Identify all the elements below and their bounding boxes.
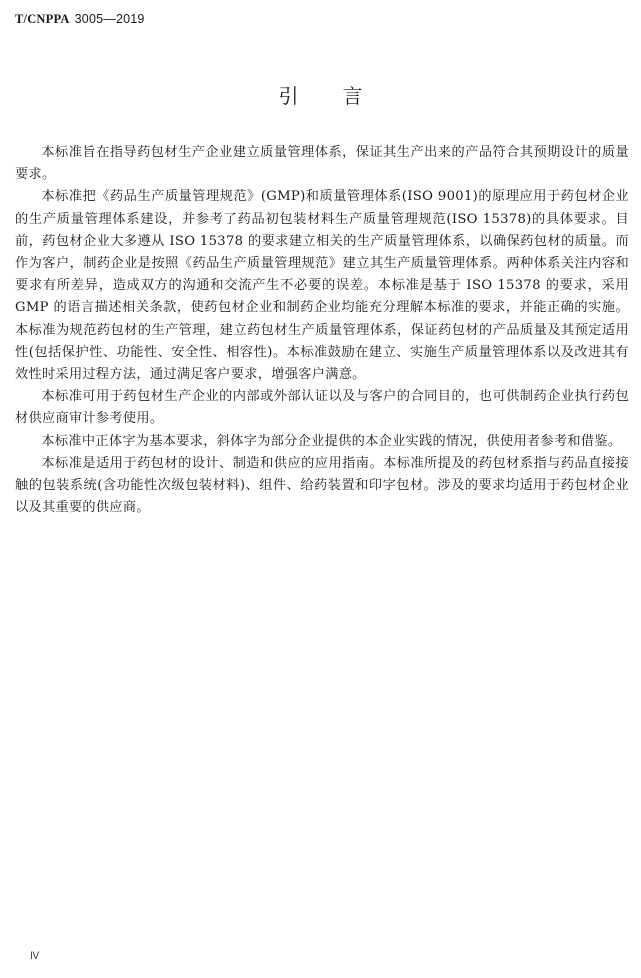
paragraph: 本标准可用于药包材生产企业的内部或外部认证以及与客户的合同目的，也可供制药企业执…: [15, 386, 629, 430]
document-body: 本标准旨在指导药包材生产企业建立质量管理体系，保证其生产出来的产品符合其预期设计…: [15, 142, 629, 519]
standard-code-header: T/CNPPA3005—2019: [15, 12, 145, 27]
paragraph: 本标准中正体字为基本要求，斜体字为部分企业提供的本企业实践的情况，供使用者参考和…: [15, 431, 629, 453]
page-title: 引言: [0, 80, 641, 109]
org-code: T/CNPPA: [15, 12, 70, 26]
standard-number: 3005—2019: [75, 12, 145, 26]
paragraph: 本标准把《药品生产质量管理规范》(GMP)和质量管理体系(ISO 9001)的原…: [15, 186, 629, 386]
title-char-2: 言: [343, 80, 363, 109]
title-char-1: 引: [279, 80, 299, 109]
paragraph: 本标准旨在指导药包材生产企业建立质量管理体系，保证其生产出来的产品符合其预期设计…: [15, 142, 629, 186]
paragraph: 本标准是适用于药包材的设计、制造和供应的应用指南。本标准所提及的药包材系指与药品…: [15, 453, 629, 520]
page-number: Ⅳ: [30, 951, 39, 962]
